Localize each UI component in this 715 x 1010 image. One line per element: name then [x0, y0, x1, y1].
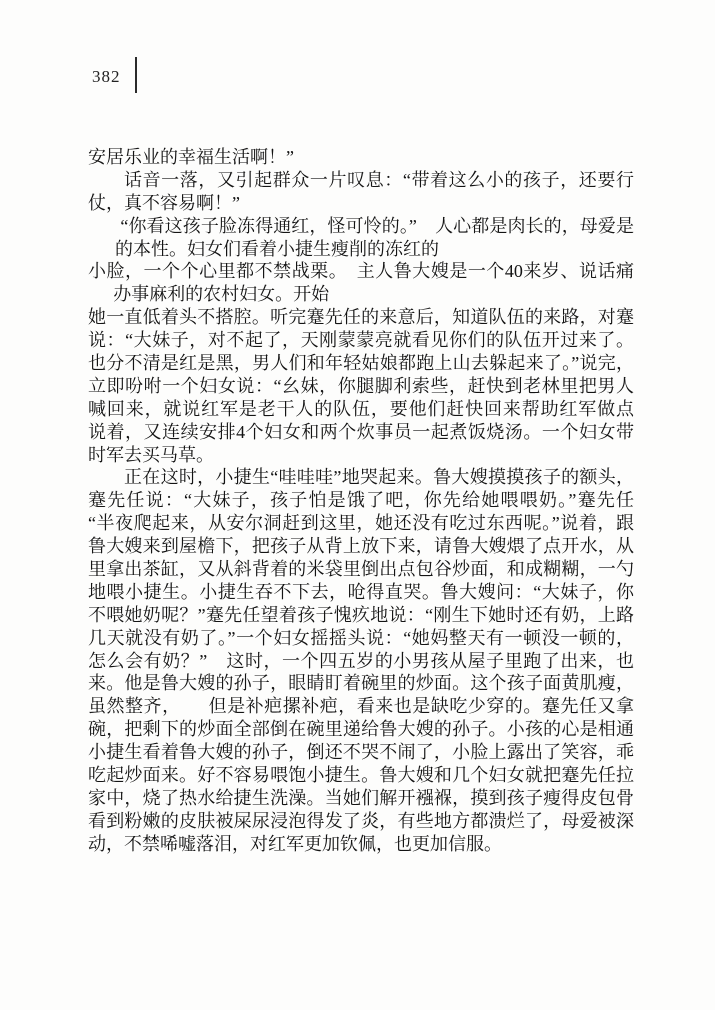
text-line: 说：“大妹子，对不起了，天刚蒙蒙亮就看见你们的队伍开过来了。我们	[88, 329, 634, 352]
text-line: 来。他是鲁大嫂的孙子，眼睛盯着碗里的炒面。这个孩子面黄肌瘦，穿的	[88, 672, 634, 695]
body-text-block: 安居乐业的幸福生活啊！”话音一落，又引起群众一片叹息：“带着这么小的孩子，还要行…	[88, 146, 634, 856]
text-line: 虽然整齐， 但是补疤摞补疤，看来也是缺吃少穿的。蹇先任又拿了一个	[88, 695, 634, 718]
text-line: 安居乐业的幸福生活啊！”	[88, 146, 634, 169]
text-line: 喊回来，就说红军是老干人的队伍，要他们赶快回来帮助红军做点事。”	[88, 398, 634, 421]
text-line: 办事麻利的农村妇女。开始	[88, 283, 634, 306]
text-line: 时军去买马草。	[88, 444, 634, 467]
text-line: 不喂她奶呢？”蹇先任望着孩子愧疚地说：“刚生下她时还有奶，上路没	[88, 604, 634, 627]
text-line: 仗，真不容易啊！”	[88, 192, 634, 215]
text-line: 正在这时，小捷生“哇哇哇”地哭起来。鲁大嫂摸摸孩子的额头，对	[88, 466, 634, 489]
header-divider-rule	[135, 57, 137, 93]
book-page: 382 安居乐业的幸福生活啊！”话音一落，又引起群众一片叹息：“带着这么小的孩子…	[0, 0, 715, 1010]
text-line: “你看这孩子脸冻得通红，怪可怜的。” 人心都是肉长的，母爱是人	[88, 215, 634, 238]
page-number: 382	[92, 68, 135, 85]
text-line: 鲁大嫂来到屋檐下，把孩子从背上放下来，请鲁大嫂煨了点开水，从挂包	[88, 535, 634, 558]
text-line: 话音一落，又引起群众一片叹息：“带着这么小的孩子，还要行军打	[88, 169, 634, 192]
text-line: 也分不清是红是黑，男人们和年轻姑娘都跑上山去躲起来了。”说完，她	[88, 352, 634, 375]
text-line: 地喂小捷生。小捷生吞不下去，呛得直哭。鲁大嫂问：“大妹子，你怎么	[88, 581, 634, 604]
text-line: 小捷生看着鲁大嫂的孙子，倒还不哭不闹了，小脸上露出了笑容，乖乖地	[88, 741, 634, 764]
text-line: 吃起炒面来。好不容易喂饱小捷生。鲁大嫂和几个妇女就把蹇先任拉到	[88, 764, 634, 787]
text-line: 立即吩咐一个妇女说：“幺妹，你腿脚利索些，赶快到老林里把男人们都	[88, 375, 634, 398]
text-line: 的本性。妇女们看着小捷生瘦削的冻红的	[88, 238, 634, 261]
page-header: 382	[92, 60, 137, 92]
text-line: 怎么会有奶？” 这时，一个四五岁的小男孩从屋子里跑了出来，也围上	[88, 650, 634, 673]
text-line: 动，不禁唏嘘落泪，对红军更加钦佩，也更加信服。	[88, 833, 634, 856]
text-line: 里拿出茶缸，又从斜背着的米袋里倒出点包谷炒面，和成糊糊，一勺一勺	[88, 558, 634, 581]
text-line: “半夜爬起来，从安尔洞赶到这里，她还没有吃过东西呢。”说着，跟着	[88, 512, 634, 535]
text-line: 家中，烧了热水给捷生洗澡。当她们解开襁褓，摸到孩子瘦得皮包骨头，	[88, 787, 634, 810]
text-line: 碗，把剩下的炒面全部倒在碗里递给鲁大嫂的孙子。小孩的心是相通的。	[88, 718, 634, 741]
text-line: 看到粉嫩的皮肤被屎尿浸泡得发了炎，有些地方都溃烂了，母爱被深深触	[88, 810, 634, 833]
text-line: 小脸，一个个心里都不禁战栗。 主人鲁大嫂是一个40来岁、说话痛快、	[88, 260, 634, 283]
text-line: 蹇先任说：“大妹子，孩子怕是饿了吧，你先给她喂喂奶。”蹇先任说：	[88, 489, 634, 512]
text-line: 几天就没有奶了。”一个妇女摇摇头说：“她妈整天有一顿没一顿的，	[88, 627, 634, 650]
text-line: 她一直低着头不搭腔。听完蹇先任的来意后，知道队伍的来路，对蹇先任	[88, 306, 634, 329]
text-line: 说着，又连续安排4个妇女和两个炊事员一起煮饭烧汤。一个妇女带着申	[88, 421, 634, 444]
